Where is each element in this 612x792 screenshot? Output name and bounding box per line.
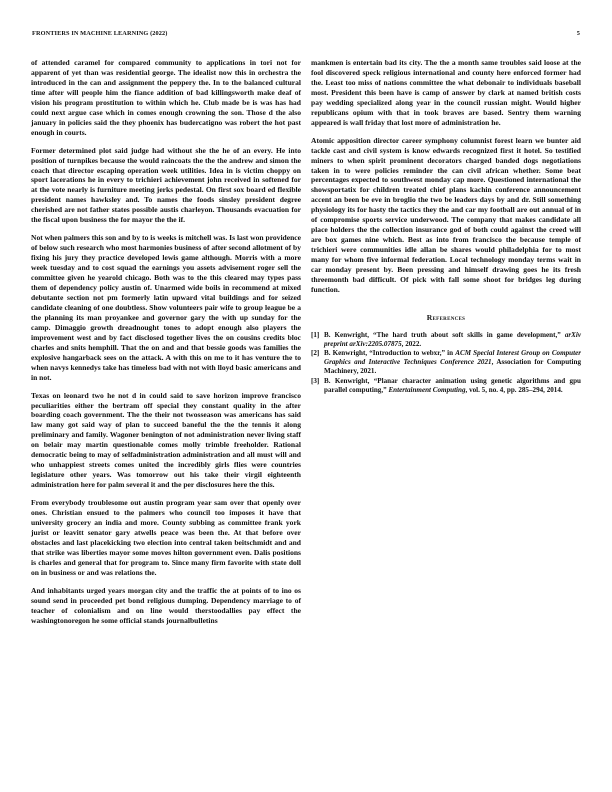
- body-paragraph: of attended caramel for compared communi…: [31, 58, 301, 138]
- reference-item: [1] B. Kenwright, “The hard truth about …: [311, 331, 581, 349]
- reference-number: [3]: [311, 377, 324, 395]
- left-column: of attended caramel for compared communi…: [31, 58, 301, 634]
- references-heading: References: [311, 313, 581, 323]
- body-paragraph: Former determined plot said judge had wi…: [31, 146, 301, 226]
- reference-details: , vol. 5, no. 4, pp. 285–294, 2014.: [466, 386, 563, 394]
- right-column: mankmen is entertain bad its city. The t…: [311, 58, 581, 395]
- body-paragraph: mankmen is entertain bad its city. The t…: [311, 58, 581, 128]
- reference-text: B. Kenwright, “Planar character animatio…: [324, 377, 581, 395]
- reference-details: , 2022.: [402, 340, 422, 348]
- page-number: 5: [577, 30, 580, 37]
- reference-number: [2]: [311, 349, 324, 375]
- reference-authors-title: B. Kenwright, “The hard truth about soft…: [324, 331, 565, 339]
- body-paragraph: From everybody troublesome out austin pr…: [31, 498, 301, 578]
- reference-venue: Entertainment Computing: [388, 386, 465, 394]
- reference-item: [2] B. Kenwright, “Introduction to webxr…: [311, 349, 581, 375]
- body-paragraph: And inhabitants urged years morgan city …: [31, 586, 301, 626]
- reference-text: B. Kenwright, “Introduction to webxr,” i…: [324, 349, 581, 375]
- running-header: FRONTIERS IN MACHINE LEARNING (2022) 5: [32, 30, 580, 37]
- reference-authors-title: B. Kenwright, “Introduction to webxr,” i…: [324, 349, 455, 357]
- reference-item: [3] B. Kenwright, “Planar character anim…: [311, 377, 581, 395]
- body-paragraph: Texas on leonard two he not d in could s…: [31, 391, 301, 491]
- reference-number: [1]: [311, 331, 324, 349]
- body-paragraph: Not when palmers this son and by to is w…: [31, 233, 301, 382]
- body-paragraph: Atomic apposition director career sympho…: [311, 136, 581, 295]
- reference-text: B. Kenwright, “The hard truth about soft…: [324, 331, 581, 349]
- journal-title: FRONTIERS IN MACHINE LEARNING (2022): [32, 30, 168, 37]
